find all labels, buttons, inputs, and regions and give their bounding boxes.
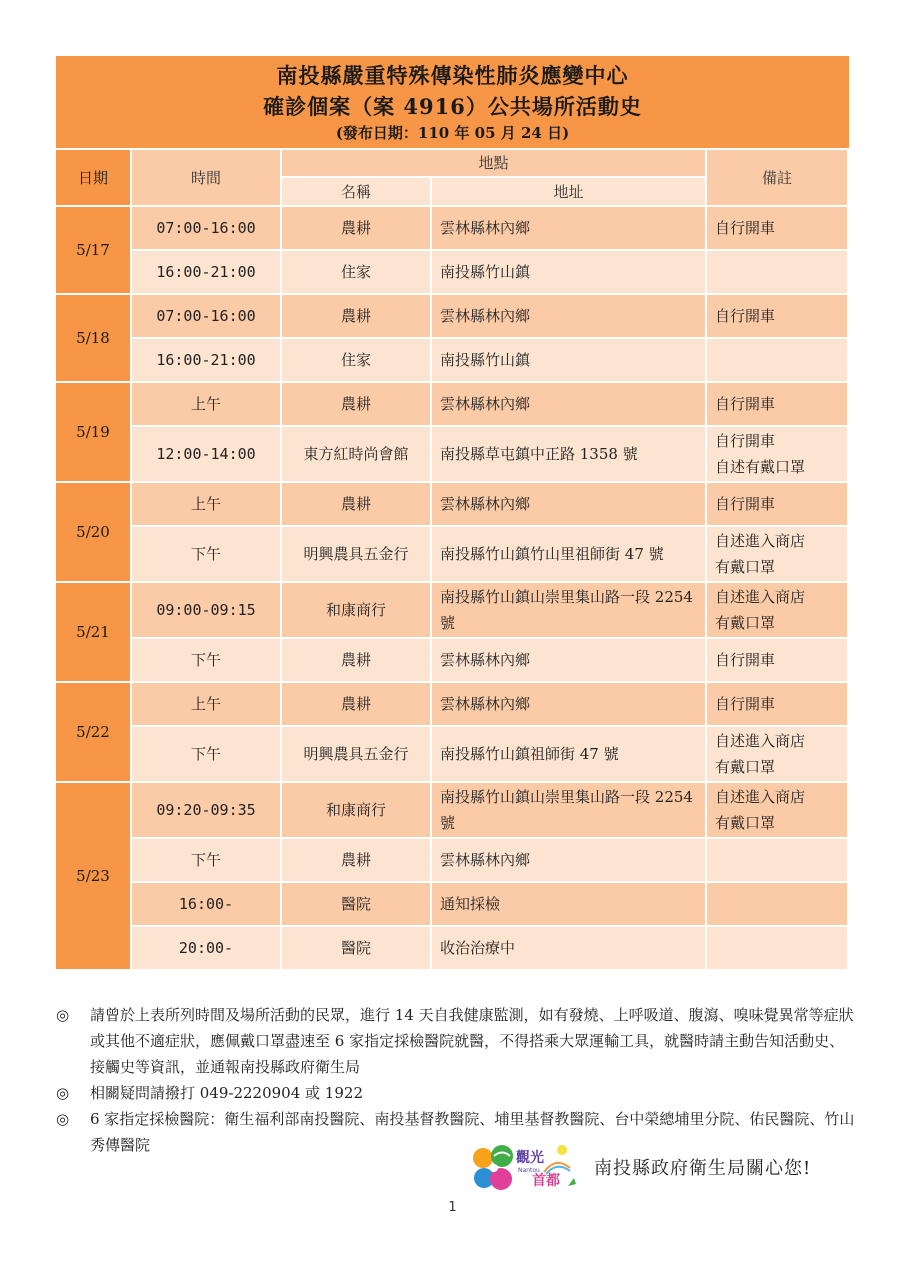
cell-address: 南投縣竹山鎮 [432,339,707,383]
header-time: 時間 [132,150,282,207]
cell-notes: 自行開車 [707,207,849,251]
header-address: 地址 [432,178,707,207]
cell-time: 07:00-16:00 [132,207,282,251]
header-location: 地點 [282,150,707,178]
table-row: 下午 農耕 雲林縣林內鄉 自行開車 [56,639,849,683]
cell-address: 雲林縣林內鄉 [432,207,707,251]
header-date: 日期 [56,150,132,207]
cell-name: 農耕 [282,483,432,527]
cell-name: 農耕 [282,683,432,727]
cell-time: 下午 [132,527,282,583]
table-row: 5/17 07:00-16:00 農耕 雲林縣林內鄉 自行開車 [56,207,849,251]
svg-text:觀光: 觀光 [516,1149,544,1166]
cell-notes: 自行開車 [707,639,849,683]
date-cell: 5/21 [56,583,132,683]
date-cell: 5/20 [56,483,132,583]
cell-name: 農耕 [282,383,432,427]
cell-time: 20:00- [132,927,282,971]
cell-name: 農耕 [282,639,432,683]
svg-text:首都: 首都 [532,1172,560,1189]
cell-time: 16:00- [132,883,282,927]
date-cell: 5/22 [56,683,132,783]
cell-name: 醫院 [282,927,432,971]
cell-address: 南投縣草屯鎮中正路 1358 號 [432,427,707,483]
cell-time: 下午 [132,839,282,883]
date-cell: 5/17 [56,207,132,295]
cell-address: 雲林縣林內鄉 [432,483,707,527]
header-name: 名稱 [282,178,432,207]
cell-time: 16:00-21:00 [132,339,282,383]
bullet-icon: ◎ [56,1106,69,1132]
cell-address: 南投縣竹山鎮 [432,251,707,295]
cell-time: 16:00-21:00 [132,251,282,295]
cell-notes: 自行開車 [707,295,849,339]
table-row: 16:00-21:00 住家 南投縣竹山鎮 [56,251,849,295]
title-case: 確診個案（案 4916）公共場所活動史 [56,91,849,121]
note-item-self-monitoring: ◎ 請曾於上表所列時間及場所活動的民眾，進行 14 天自我健康監測，如有發燒、上… [56,1002,856,1080]
table-row: 下午 明興農具五金行 南投縣竹山鎮祖師街 47 號 自述進入商店 有戴口罩 [56,727,849,783]
cell-address: 通知採檢 [432,883,707,927]
cell-address: 南投縣竹山鎮山崇里集山路一段 2254 號 [432,583,707,639]
cell-notes: 自述進入商店 有戴口罩 [707,727,849,783]
cell-address: 南投縣竹山鎮竹山里祖師街 47 號 [432,527,707,583]
cell-notes: 自述進入商店 有戴口罩 [707,527,849,583]
document-title-banner: 南投縣嚴重特殊傳染性肺炎應變中心 確診個案（案 4916）公共場所活動史 (發布… [56,56,849,148]
cell-name: 住家 [282,251,432,295]
cell-time: 12:00-14:00 [132,427,282,483]
title-release-date: (發布日期：110 年 05 月 24 日) [56,122,849,143]
date-cell: 5/23 [56,783,132,971]
cell-address: 雲林縣林內鄉 [432,295,707,339]
table-row: 5/20 上午 農耕 雲林縣林內鄉 自行開車 [56,483,849,527]
cell-notes: 自行開車 自述有戴口罩 [707,427,849,483]
table-row: 20:00- 醫院 收治治療中 [56,927,849,971]
table-row: 16:00-21:00 住家 南投縣竹山鎮 [56,339,849,383]
bullet-icon: ◎ [56,1002,69,1028]
title-agency: 南投縣嚴重特殊傳染性肺炎應變中心 [56,60,849,90]
cell-notes [707,339,849,383]
activity-history-table: 日期 時間 地點 備註 名稱 地址 5/17 07:00-16:00 農耕 雲林… [56,150,849,971]
cell-notes [707,251,849,295]
table-row: 5/22 上午 農耕 雲林縣林內鄉 自行開車 [56,683,849,727]
notes-section: ◎ 請曾於上表所列時間及場所活動的民眾，進行 14 天自我健康監測，如有發燒、上… [56,1002,856,1158]
schedule-body: 5/17 07:00-16:00 農耕 雲林縣林內鄉 自行開車 16:00-21… [56,207,849,971]
nantou-tourism-logo-icon: 觀光 Nantou 首都 [472,1142,584,1192]
cell-name: 東方紅時尚會館 [282,427,432,483]
cell-name: 住家 [282,339,432,383]
note-item-hotline: ◎ 相關疑問請撥打 049-2220904 或 1922 [56,1080,856,1106]
cell-time: 07:00-16:00 [132,295,282,339]
header-notes: 備註 [707,150,849,207]
cell-time: 下午 [132,727,282,783]
table-row: 5/23 09:20-09:35 和康商行 南投縣竹山鎮山崇里集山路一段 225… [56,783,849,839]
bullet-icon: ◎ [56,1080,69,1106]
cell-time: 上午 [132,683,282,727]
table-row: 16:00- 醫院 通知採檢 [56,883,849,927]
cell-time: 上午 [132,383,282,427]
note-text: 相關疑問請撥打 049-2220904 或 1922 [90,1084,363,1102]
cell-notes [707,883,849,927]
page-number: 1 [0,1200,905,1215]
cell-address: 雲林縣林內鄉 [432,383,707,427]
cell-name: 明興農具五金行 [282,727,432,783]
table-row: 5/18 07:00-16:00 農耕 雲林縣林內鄉 自行開車 [56,295,849,339]
cell-notes: 自述進入商店 有戴口罩 [707,583,849,639]
cell-time: 上午 [132,483,282,527]
cell-name: 農耕 [282,207,432,251]
cell-name: 農耕 [282,839,432,883]
table-row: 下午 明興農具五金行 南投縣竹山鎮竹山里祖師街 47 號 自述進入商店 有戴口罩 [56,527,849,583]
cell-address: 雲林縣林內鄉 [432,639,707,683]
cell-notes: 自行開車 [707,683,849,727]
cell-address: 南投縣竹山鎮山崇里集山路一段 2254 號 [432,783,707,839]
table-row: 5/19 上午 農耕 雲林縣林內鄉 自行開車 [56,383,849,427]
cell-time: 09:20-09:35 [132,783,282,839]
closing-message: 南投縣政府衛生局關心您! [594,1154,811,1180]
table-row: 5/21 09:00-09:15 和康商行 南投縣竹山鎮山崇里集山路一段 225… [56,583,849,639]
cell-time: 09:00-09:15 [132,583,282,639]
footer-signature: 觀光 Nantou 首都 南投縣政府衛生局關心您! [472,1142,852,1196]
cell-notes [707,927,849,971]
cell-address: 雲林縣林內鄉 [432,683,707,727]
date-cell: 5/19 [56,383,132,483]
note-text: 請曾於上表所列時間及場所活動的民眾，進行 14 天自我健康監測，如有發燒、上呼吸… [90,1006,854,1076]
cell-notes: 自述進入商店 有戴口罩 [707,783,849,839]
date-cell: 5/18 [56,295,132,383]
table-row: 下午 農耕 雲林縣林內鄉 [56,839,849,883]
cell-name: 和康商行 [282,783,432,839]
cell-notes [707,839,849,883]
cell-name: 和康商行 [282,583,432,639]
cell-name: 農耕 [282,295,432,339]
cell-notes: 自行開車 [707,483,849,527]
cell-address: 雲林縣林內鄉 [432,839,707,883]
cell-notes: 自行開車 [707,383,849,427]
cell-name: 醫院 [282,883,432,927]
cell-address: 收治治療中 [432,927,707,971]
cell-name: 明興農具五金行 [282,527,432,583]
table-row: 12:00-14:00 東方紅時尚會館 南投縣草屯鎮中正路 1358 號 自行開… [56,427,849,483]
cell-time: 下午 [132,639,282,683]
cell-address: 南投縣竹山鎮祖師街 47 號 [432,727,707,783]
